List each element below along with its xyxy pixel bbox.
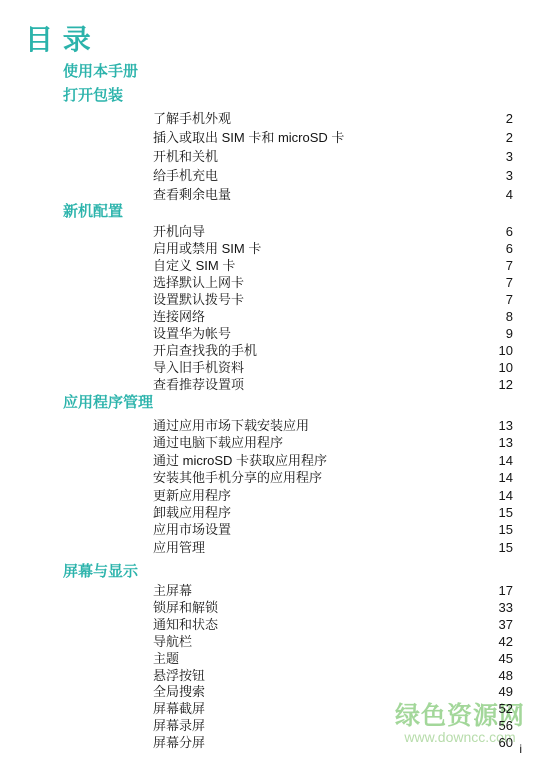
toc-entry[interactable]: 了解手机外观2 bbox=[0, 109, 541, 128]
toc-section-items: 主屏幕17锁屏和解锁33通知和状态37导航栏42主题45悬浮按钮48全局搜索49… bbox=[0, 583, 541, 752]
toc-entry-label: 主题 bbox=[153, 651, 499, 668]
toc-section-heading[interactable]: 新机配置 bbox=[63, 203, 541, 220]
toc-entry[interactable]: 悬浮按钮48 bbox=[0, 668, 541, 685]
toc-entry[interactable]: 选择默认上网卡7 bbox=[0, 274, 541, 291]
toc-entry[interactable]: 应用管理15 bbox=[0, 539, 541, 556]
toc-entry-label: 查看推荐设置项 bbox=[153, 376, 499, 393]
toc-entry-page-number: 45 bbox=[499, 651, 513, 668]
toc-entry-page-number: 8 bbox=[506, 308, 513, 325]
toc-entry[interactable]: 屏幕分屏60 bbox=[0, 735, 541, 752]
toc-entry[interactable]: 通知和状态37 bbox=[0, 617, 541, 634]
toc-entry-label: 应用市场设置 bbox=[153, 521, 499, 538]
toc-entry-page-number: 7 bbox=[506, 291, 513, 308]
toc-entry-label: 设置默认拨号卡 bbox=[153, 291, 506, 308]
toc-entry-label: 了解手机外观 bbox=[153, 109, 506, 128]
toc-entry-page-number: 49 bbox=[499, 684, 513, 701]
toc-entry-page-number: 14 bbox=[499, 487, 513, 504]
toc-entry[interactable]: 锁屏和解锁33 bbox=[0, 600, 541, 617]
toc-page: 目 录 绿色资源网 www.downcc.com 使用本手册打开包装了解手机外观… bbox=[0, 0, 541, 759]
toc-entry-page-number: 14 bbox=[499, 469, 513, 486]
toc-entry-page-number: 15 bbox=[499, 504, 513, 521]
toc-entry-label: 悬浮按钮 bbox=[153, 668, 499, 685]
toc-entry-label: 启用或禁用 SIM 卡 bbox=[153, 240, 506, 257]
toc-entry-label: 开启查找我的手机 bbox=[153, 342, 499, 359]
footer-page-number: i bbox=[519, 742, 522, 756]
toc-entry-page-number: 13 bbox=[499, 417, 513, 434]
toc-entry-page-number: 52 bbox=[499, 701, 513, 718]
toc-entry[interactable]: 导入旧手机资料10 bbox=[0, 359, 541, 376]
toc-entry[interactable]: 设置默认拨号卡7 bbox=[0, 291, 541, 308]
toc-entry-page-number: 3 bbox=[506, 166, 513, 185]
toc-entry-label: 查看剩余电量 bbox=[153, 185, 506, 204]
toc-entry[interactable]: 全局搜索49 bbox=[0, 684, 541, 701]
toc-entry-label: 更新应用程序 bbox=[153, 487, 499, 504]
toc-entry-label: 选择默认上网卡 bbox=[153, 274, 506, 291]
toc-entry[interactable]: 通过电脑下载应用程序13 bbox=[0, 434, 541, 451]
toc-entry[interactable]: 屏幕录屏56 bbox=[0, 718, 541, 735]
toc-entry-label: 安装其他手机分享的应用程序 bbox=[153, 469, 499, 486]
toc-entry-label: 连接网络 bbox=[153, 308, 506, 325]
toc-entry-label: 设置华为帐号 bbox=[153, 325, 506, 342]
toc-section-heading[interactable]: 使用本手册 bbox=[63, 63, 541, 80]
toc-entry-label: 开机和关机 bbox=[153, 147, 506, 166]
toc-entry-label: 应用管理 bbox=[153, 539, 499, 556]
toc-entry[interactable]: 查看推荐设置项12 bbox=[0, 376, 541, 393]
toc-entry-label: 导入旧手机资料 bbox=[153, 359, 499, 376]
toc-entry-label: 通过电脑下载应用程序 bbox=[153, 434, 499, 451]
toc-entry-page-number: 33 bbox=[499, 600, 513, 617]
toc-entry[interactable]: 自定义 SIM 卡7 bbox=[0, 257, 541, 274]
toc-entry-page-number: 3 bbox=[506, 147, 513, 166]
toc-entry-label: 屏幕分屏 bbox=[153, 735, 499, 752]
toc-entry-label: 主屏幕 bbox=[153, 583, 499, 600]
toc-entry-page-number: 13 bbox=[499, 434, 513, 451]
toc-entry[interactable]: 给手机充电3 bbox=[0, 166, 541, 185]
toc-entry-page-number: 56 bbox=[499, 718, 513, 735]
toc-entry-page-number: 42 bbox=[499, 634, 513, 651]
toc-entry-page-number: 37 bbox=[499, 617, 513, 634]
toc-entry-page-number: 14 bbox=[499, 452, 513, 469]
toc-entry[interactable]: 导航栏42 bbox=[0, 634, 541, 651]
toc-entry[interactable]: 应用市场设置15 bbox=[0, 521, 541, 538]
toc-entry-page-number: 15 bbox=[499, 521, 513, 538]
toc-entry-label: 给手机充电 bbox=[153, 166, 506, 185]
toc-entry-page-number: 7 bbox=[506, 274, 513, 291]
toc-entry[interactable]: 通过应用市场下载安装应用13 bbox=[0, 417, 541, 434]
toc-entry-label: 屏幕截屏 bbox=[153, 701, 499, 718]
toc-entry[interactable]: 开机和关机3 bbox=[0, 147, 541, 166]
toc-section-heading[interactable]: 应用程序管理 bbox=[63, 394, 541, 411]
toc-entry[interactable]: 开机向导6 bbox=[0, 223, 541, 240]
toc-entry-page-number: 10 bbox=[499, 359, 513, 376]
toc-entry-label: 屏幕录屏 bbox=[153, 718, 499, 735]
toc-entry[interactable]: 安装其他手机分享的应用程序14 bbox=[0, 469, 541, 486]
toc-entry[interactable]: 屏幕截屏52 bbox=[0, 701, 541, 718]
toc-entry[interactable]: 插入或取出 SIM 卡和 microSD 卡2 bbox=[0, 128, 541, 147]
toc-section-heading[interactable]: 屏幕与显示 bbox=[63, 563, 541, 580]
toc-entry-label: 通知和状态 bbox=[153, 617, 499, 634]
toc-section: 应用程序管理通过应用市场下载安装应用13通过电脑下载应用程序13通过 micro… bbox=[0, 394, 541, 556]
toc-entry-page-number: 15 bbox=[499, 539, 513, 556]
toc-entry-label: 通过 microSD 卡获取应用程序 bbox=[153, 452, 499, 469]
toc-section: 使用本手册 bbox=[0, 63, 541, 80]
toc-entry-page-number: 6 bbox=[506, 240, 513, 257]
toc-section: 屏幕与显示主屏幕17锁屏和解锁33通知和状态37导航栏42主题45悬浮按钮48全… bbox=[0, 563, 541, 752]
toc-section-items: 了解手机外观2插入或取出 SIM 卡和 microSD 卡2开机和关机3给手机充… bbox=[0, 109, 541, 204]
toc-section: 打开包装了解手机外观2插入或取出 SIM 卡和 microSD 卡2开机和关机3… bbox=[0, 87, 541, 204]
page-title: 目 录 bbox=[25, 24, 92, 56]
toc-entry-label: 锁屏和解锁 bbox=[153, 600, 499, 617]
toc-entry-page-number: 60 bbox=[499, 735, 513, 752]
toc-entry[interactable]: 启用或禁用 SIM 卡6 bbox=[0, 240, 541, 257]
toc-entry[interactable]: 连接网络8 bbox=[0, 308, 541, 325]
toc-entry-label: 插入或取出 SIM 卡和 microSD 卡 bbox=[153, 128, 506, 147]
toc-section-items: 通过应用市场下载安装应用13通过电脑下载应用程序13通过 microSD 卡获取… bbox=[0, 417, 541, 556]
toc-entry-page-number: 17 bbox=[499, 583, 513, 600]
toc-entry[interactable]: 设置华为帐号9 bbox=[0, 325, 541, 342]
toc-entry-label: 导航栏 bbox=[153, 634, 499, 651]
toc-entry[interactable]: 查看剩余电量4 bbox=[0, 185, 541, 204]
toc-entry[interactable]: 主题45 bbox=[0, 651, 541, 668]
toc-entry-label: 全局搜索 bbox=[153, 684, 499, 701]
toc-entry-page-number: 2 bbox=[506, 109, 513, 128]
toc-entry-page-number: 7 bbox=[506, 257, 513, 274]
toc-entry-page-number: 12 bbox=[499, 376, 513, 393]
toc-entry-label: 通过应用市场下载安装应用 bbox=[153, 417, 499, 434]
toc-entry-label: 开机向导 bbox=[153, 223, 506, 240]
toc-entry[interactable]: 主屏幕17 bbox=[0, 583, 541, 600]
toc-entry-label: 自定义 SIM 卡 bbox=[153, 257, 506, 274]
toc-entry-page-number: 48 bbox=[499, 668, 513, 685]
toc-section: 新机配置开机向导6启用或禁用 SIM 卡6自定义 SIM 卡7选择默认上网卡7设… bbox=[0, 203, 541, 393]
toc-entry[interactable]: 开启查找我的手机10 bbox=[0, 342, 541, 359]
toc-entry-page-number: 10 bbox=[499, 342, 513, 359]
toc-entry-page-number: 9 bbox=[506, 325, 513, 342]
toc-section-items: 开机向导6启用或禁用 SIM 卡6自定义 SIM 卡7选择默认上网卡7设置默认拨… bbox=[0, 223, 541, 393]
toc-section-heading[interactable]: 打开包装 bbox=[63, 87, 541, 104]
toc-entry[interactable]: 通过 microSD 卡获取应用程序14 bbox=[0, 452, 541, 469]
toc-entry-label: 卸载应用程序 bbox=[153, 504, 499, 521]
toc-entry[interactable]: 卸载应用程序15 bbox=[0, 504, 541, 521]
toc-entry-page-number: 6 bbox=[506, 223, 513, 240]
toc-entry-page-number: 4 bbox=[506, 185, 513, 204]
toc-entry[interactable]: 更新应用程序14 bbox=[0, 487, 541, 504]
toc-entry-page-number: 2 bbox=[506, 128, 513, 147]
